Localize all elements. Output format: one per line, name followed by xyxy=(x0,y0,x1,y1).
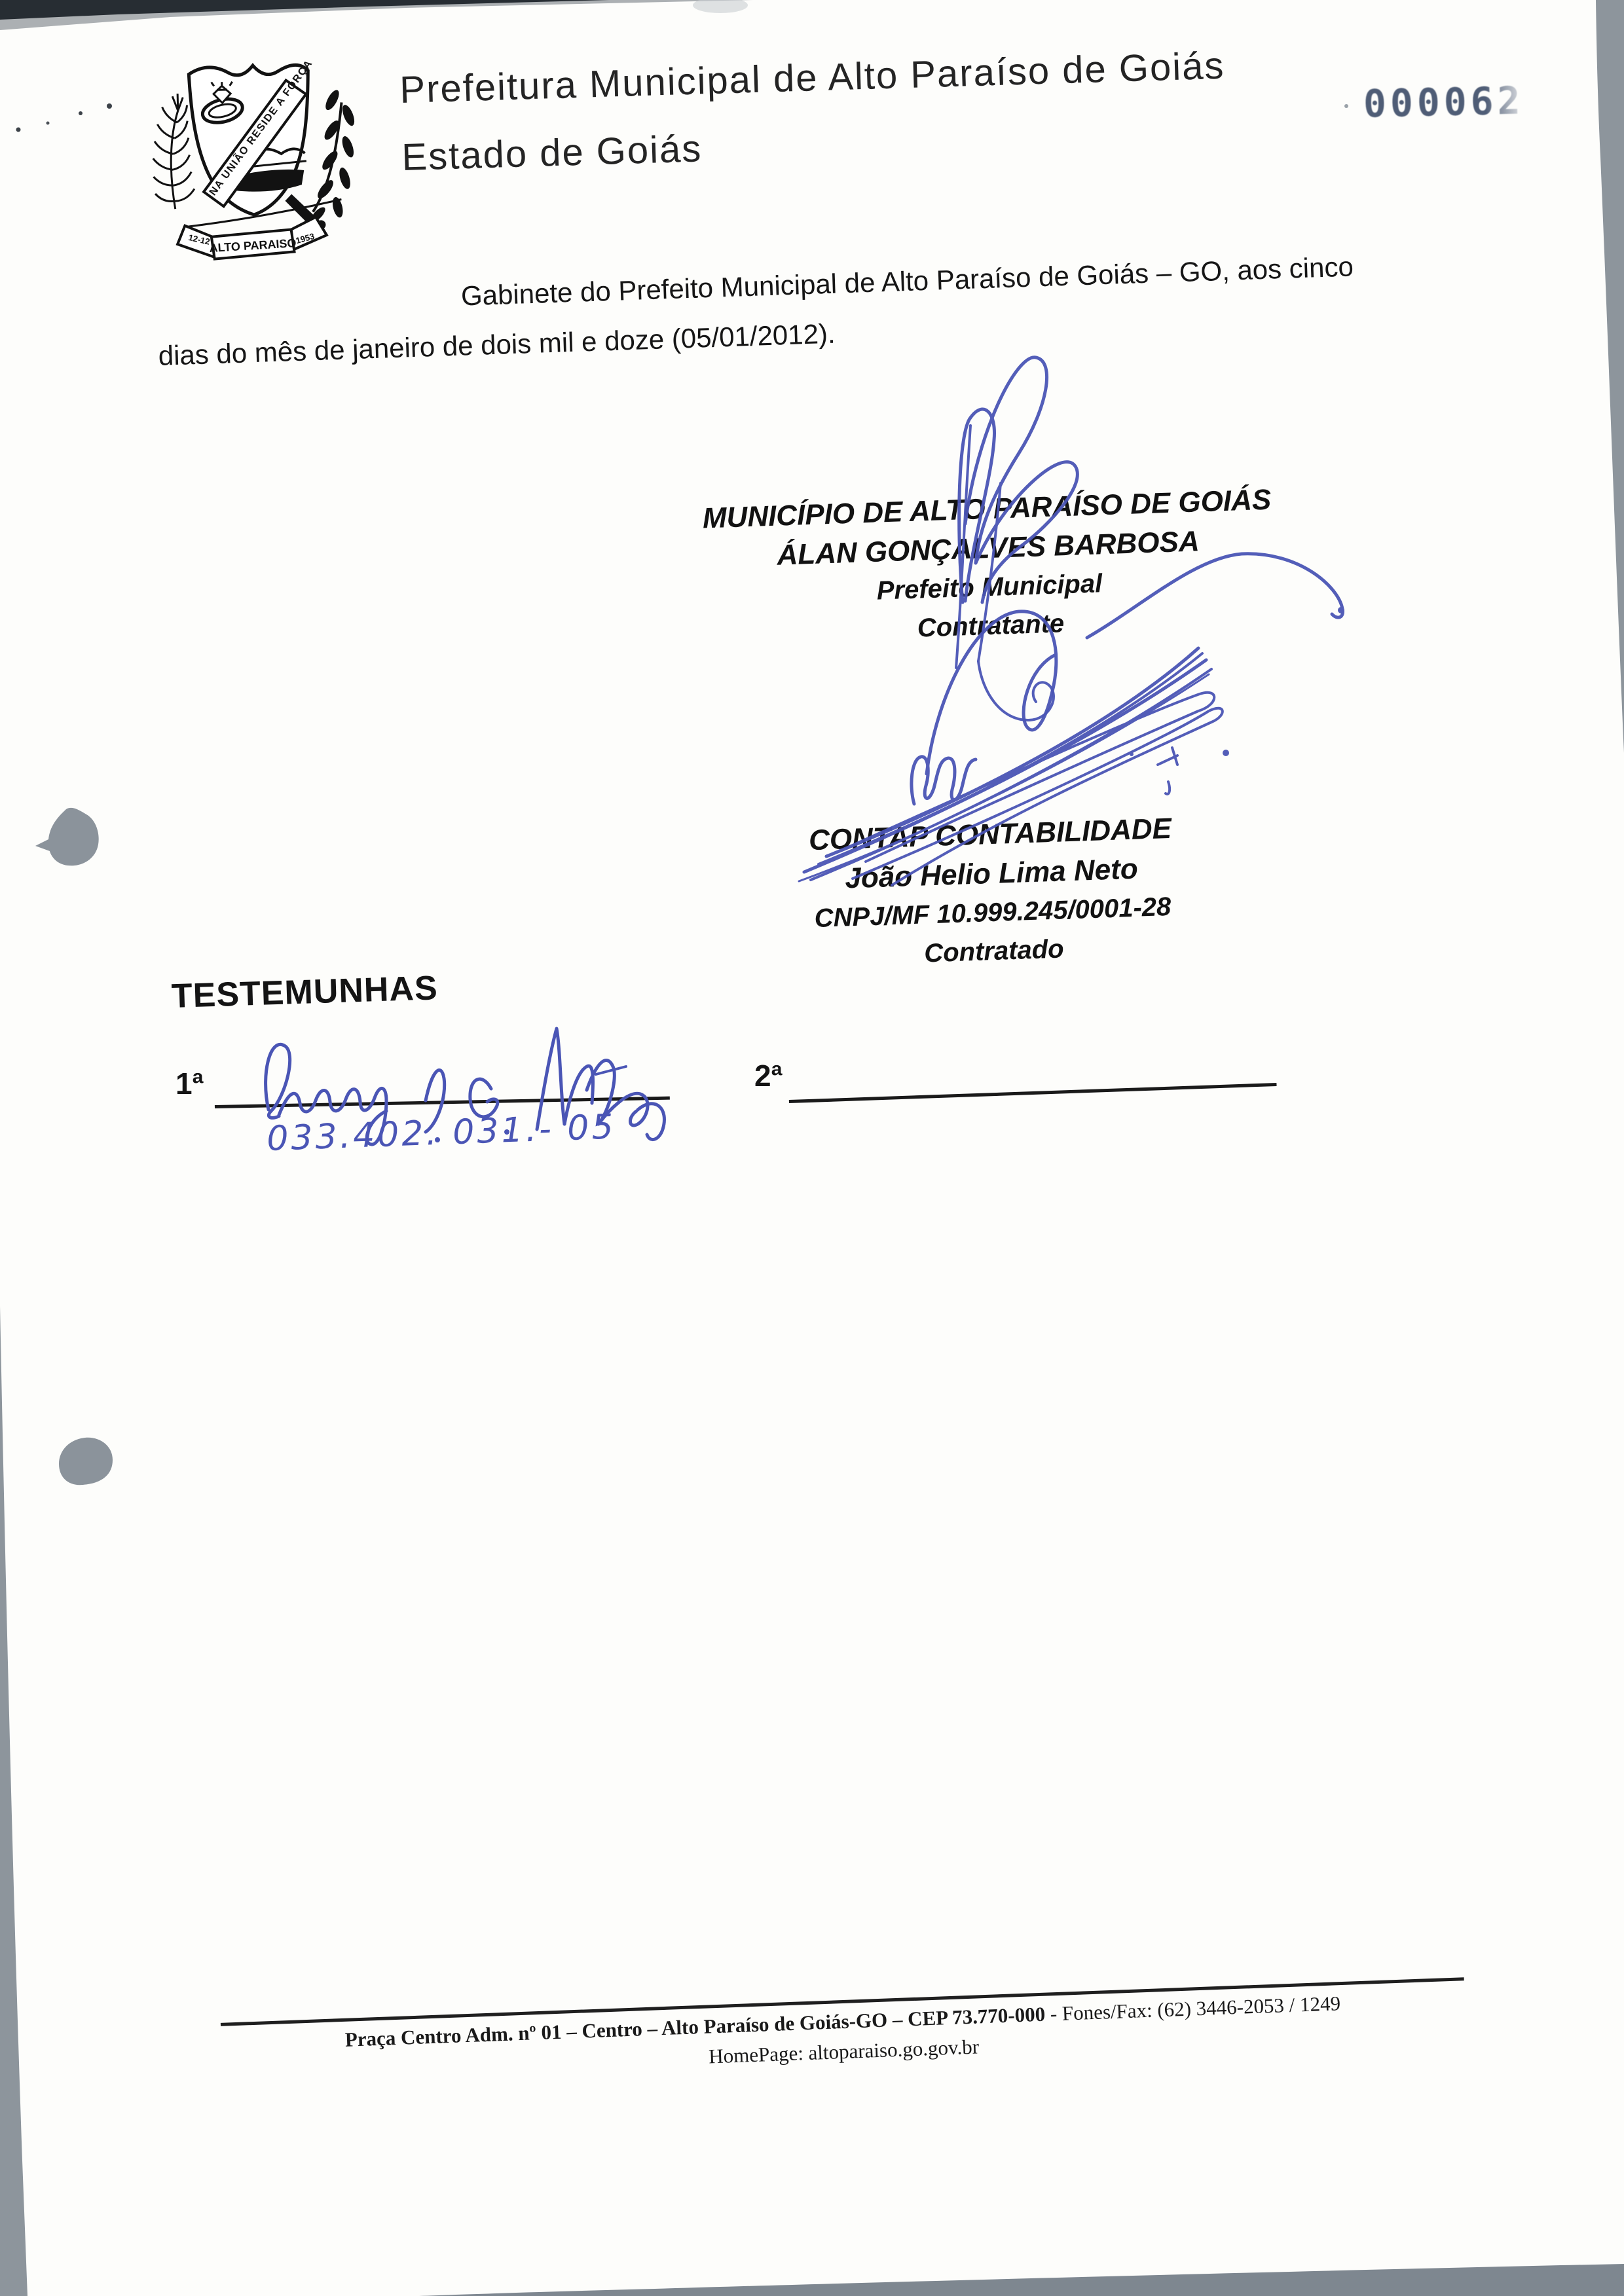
punch-hole-smudge-2 xyxy=(59,1438,113,1485)
speckle-4 xyxy=(107,103,112,109)
punch-hole-smudge-1 xyxy=(35,808,99,866)
scan-right-edge xyxy=(1596,0,1624,753)
top-center-smudge xyxy=(693,0,748,13)
scanned-document-page: NA UNIÃO RESIDE A FORÇA ALTO PARAISO 12-… xyxy=(0,0,1624,2296)
scan-left-edge xyxy=(0,1306,28,2296)
scan-artifacts-overlay xyxy=(0,0,1624,2296)
speckle-1 xyxy=(16,128,21,132)
speckle-3 xyxy=(79,111,83,115)
stamp-speckle xyxy=(1344,104,1348,108)
scan-bottom-edge xyxy=(419,2264,1624,2296)
speckle-2 xyxy=(46,122,50,125)
